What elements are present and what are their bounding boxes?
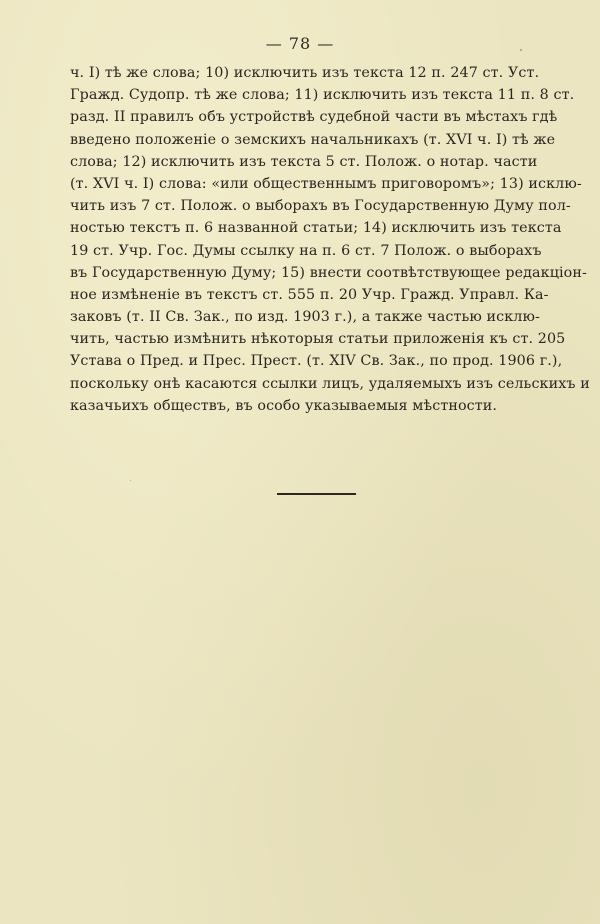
body-paragraph: ч. I) тѣ же слова; 10) исключить изъ тек… (70, 62, 528, 417)
text-line: чить, частью измѣнить нѣкоторыя статьи п… (70, 328, 528, 350)
text-line: (т. XVI ч. I) слова: «или общественнымъ … (70, 173, 528, 195)
paper-speck (520, 49, 522, 51)
text-line: Гражд. Судопр. тѣ же слова; 11) исключит… (70, 84, 528, 106)
text-line: слова; 12) исключить изъ текста 5 ст. По… (70, 151, 528, 173)
text-line: заковъ (т. II Св. Зак., по изд. 1903 г.)… (70, 306, 528, 328)
text-line: 19 ст. Учр. Гос. Думы ссылку на п. 6 ст.… (70, 240, 528, 262)
page-number: — 78 — (0, 34, 600, 53)
text-line: казачьихъ обществъ, въ особо указываемыя… (70, 395, 528, 417)
text-line: въ Государственную Думу; 15) внести соот… (70, 262, 528, 284)
paper-speck (130, 480, 131, 481)
text-line: поскольку онѣ касаются ссылки лицъ, удал… (70, 373, 528, 395)
text-line: Устава о Пред. и Прес. Прест. (т. XIV Св… (70, 350, 528, 372)
text-line: разд. II правилъ объ устройствѣ судебной… (70, 106, 528, 128)
text-line: введено положеніе о земскихъ начальниках… (70, 129, 528, 151)
text-line: ное измѣненіе въ текстъ ст. 555 п. 20 Уч… (70, 284, 528, 306)
document-page: — 78 — ч. I) тѣ же слова; 10) исключить … (0, 0, 600, 924)
text-line: ностью текстъ п. 6 названной статьи; 14)… (70, 217, 528, 239)
section-separator-rule (277, 493, 356, 495)
text-line: ч. I) тѣ же слова; 10) исключить изъ тек… (70, 62, 528, 84)
text-line: чить изъ 7 ст. Полож. о выборахъ въ Госу… (70, 195, 528, 217)
